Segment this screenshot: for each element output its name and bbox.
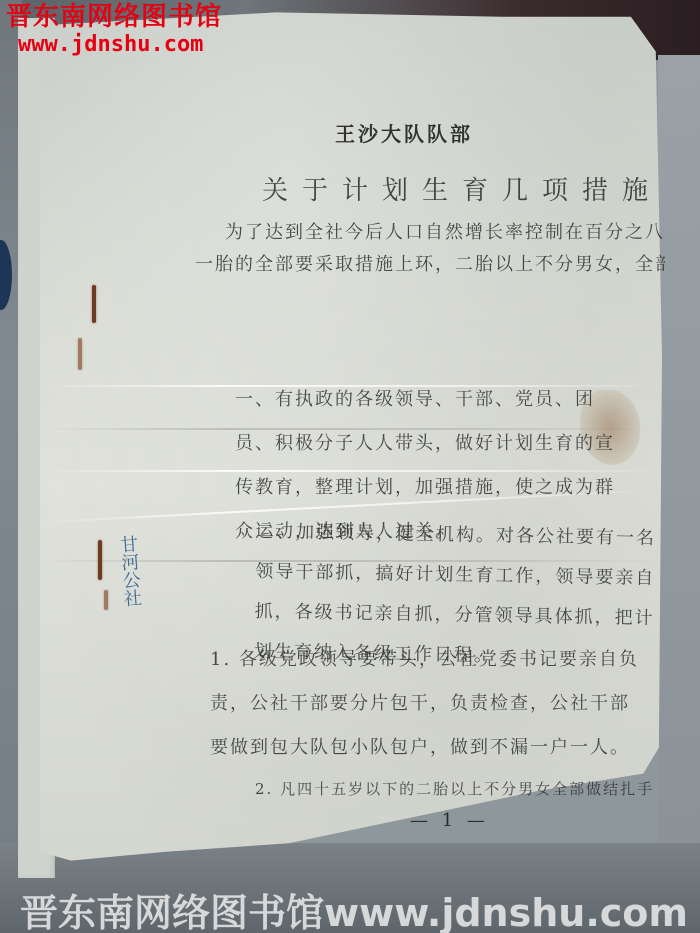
watermark-top: 晋东南网络图书馆 www.jdnshu.com: [6, 2, 222, 58]
background-object: [0, 240, 12, 310]
background-right: [658, 55, 700, 875]
staple-rust-mark: [104, 590, 108, 610]
paragraph-line: 一胎的全部要采取措施上环，二胎以上不分男女，全部做结扎手术。从一九八○年六月份以…: [195, 250, 665, 276]
header-stamp: 王沙大队队部: [335, 118, 473, 147]
paragraph-item-1: 1. 各级党政领导要带头，公社党委书记要亲自负责，公社干部要分片包干，负责检查，…: [210, 638, 640, 770]
staple-rust-mark: [78, 338, 82, 370]
staple-rust-mark: [98, 540, 102, 580]
page-number: — 1 —: [410, 810, 489, 831]
document-title: 关于计划生育几项措施: [262, 170, 662, 207]
watermark-url: www.jdnshu.com: [18, 32, 222, 58]
watermark-name: 晋东南网络图书馆: [6, 2, 222, 32]
paragraph-item-2: 2. 凡四十五岁以下的二胎以上不分男女全部做结扎手术。: [255, 778, 655, 799]
paragraph-line: 为了达到全社今后人口自然增长率控制在百分之八以下，坚决做到一胎不间断，头胎双方表…: [225, 218, 665, 244]
staple-rust-mark: [92, 285, 96, 323]
watermark-bottom: 晋东南网络图书馆www.jdnshu.com: [20, 882, 688, 933]
